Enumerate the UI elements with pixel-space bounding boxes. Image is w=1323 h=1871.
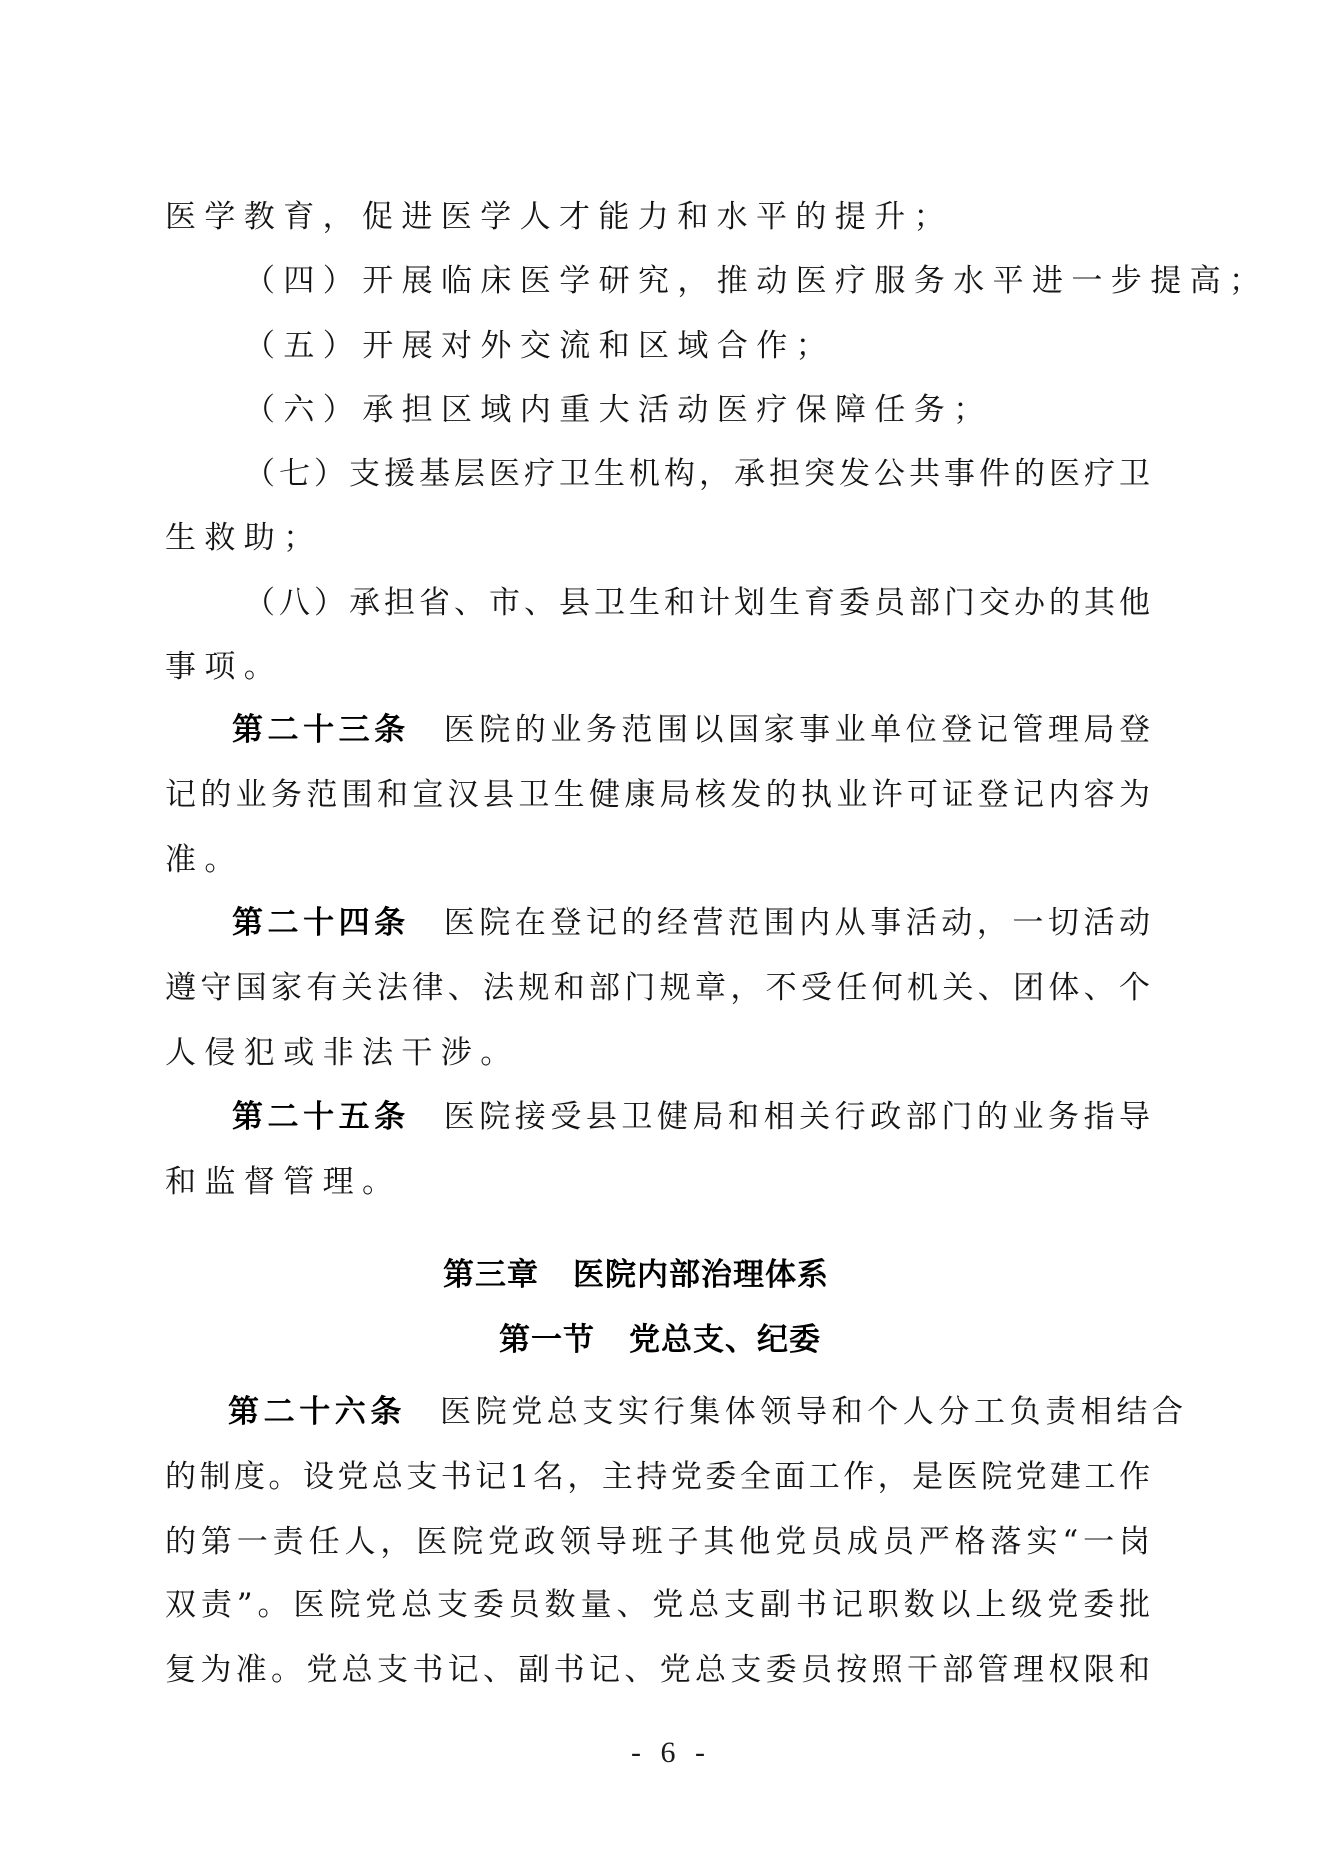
article-26-label: 第二十六条 [228,1394,406,1430]
article-25-label: 第二十五条 [232,1099,410,1135]
article-23: 第二十三条医院的业务范围以国家事业单位登记管理局登 [232,698,1150,762]
chapter-title: 医院内部治理体系 [573,1257,829,1293]
list-item-6: （六）承担区域内重大活动医疗保障任务； [244,378,1150,442]
article-25: 第二十五条医院接受县卫健局和相关行政部门的业务指导 [232,1085,1150,1149]
article-26-line-2: 的制度。设党总支书记1名，主持党委全面工作，是医院党建工作 [165,1445,1150,1509]
article-26-text: 医院党总支实行集体领导和个人分工负责相结合 [440,1394,1183,1430]
article-24-end: 人侵犯或非法干涉。 [165,1021,1150,1085]
section-title: 党总支、纪委 [629,1322,821,1358]
article-26-line-3: 的第一责任人，医院党政领导班子其他党员成员严格落实“一岗 [165,1510,1150,1574]
article-25-end: 和监督管理。 [165,1150,1150,1214]
article-26: 第二十六条医院党总支实行集体领导和个人分工负责相结合 [228,1380,1183,1444]
document-page: 医学教育，促进医学人才能力和水平的提升； （四）开展临床医学研究，推动医疗服务水… [0,0,1323,1871]
list-item-7-continuation: 生救助； [165,506,1150,570]
article-24: 第二十四条医院在登记的经营范围内从事活动，一切活动 [232,891,1150,955]
list-item-8-continuation: 事项。 [165,635,1150,699]
chapter-heading: 第三章医院内部治理体系 [435,1243,837,1307]
list-item-5: （五）开展对外交流和区域合作； [244,314,1150,378]
article-23-continuation: 记的业务范围和宣汉县卫生健康局核发的执业许可证登记内容为 [165,763,1150,827]
list-item-4: （四）开展临床医学研究，推动医疗服务水平进一步提高； [244,249,1150,313]
article-23-label: 第二十三条 [232,712,410,748]
article-23-end: 准。 [165,828,1150,892]
article-24-text: 医院在登记的经营范围内从事活动，一切活动 [444,905,1150,941]
article-25-text: 医院接受县卫健局和相关行政部门的业务指导 [444,1099,1150,1135]
article-26-line-5: 复为准。党总支书记、副书记、党总支委员按照干部管理权限和 [165,1638,1150,1702]
article-26-line-4: 双责”。医院党总支委员数量、党总支副书记职数以上级党委批 [165,1573,1150,1637]
section-number: 第一节 [499,1322,595,1358]
chapter-number: 第三章 [443,1257,539,1293]
page-number: - 6 - [611,1733,731,1773]
list-item-7: （七）支援基层医疗卫生机构，承担突发公共事件的医疗卫 [244,442,1150,506]
article-23-text: 医院的业务范围以国家事业单位登记管理局登 [444,712,1150,748]
body-line: 医学教育，促进医学人才能力和水平的提升； [165,185,1150,249]
article-24-continuation: 遵守国家有关法律、法规和部门规章，不受任何机关、团体、个 [165,956,1150,1020]
article-24-label: 第二十四条 [232,905,410,941]
list-item-8: （八）承担省、市、县卫生和计划生育委员部门交办的其他 [244,571,1150,635]
section-heading: 第一节党总支、纪委 [492,1308,828,1372]
